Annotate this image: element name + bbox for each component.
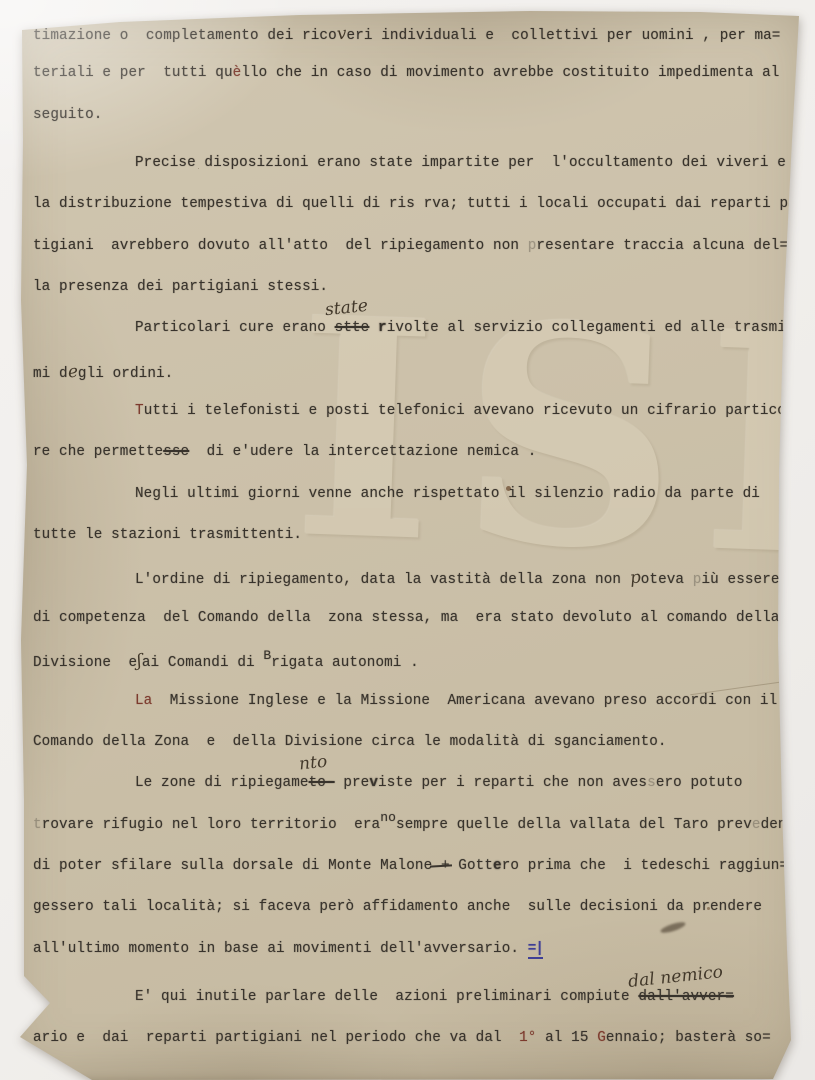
text-segment: La [135, 693, 152, 709]
text-segment: no [380, 810, 396, 825]
text-segment: all'ultimo momento in base ai movimenti … [33, 941, 528, 957]
typed-line: teriali e per tutti quèllo che in caso d… [33, 65, 795, 106]
typed-line: Tutti i telefonisti e posti telefonici a… [33, 403, 795, 444]
text-segment: rovare rifugio nel loro territorio era [42, 817, 381, 833]
text-segment: stte [335, 320, 370, 336]
text-segment: di competenza del Comando della zona ste… [33, 610, 779, 626]
text-segment: s [647, 775, 656, 791]
typed-line: Precise disposizioni erano state imparti… [33, 155, 795, 196]
text-segment: di poter sfilare sulla dorsale di Monte … [33, 858, 441, 874]
text-segment: re che permette [33, 444, 163, 460]
text-segment: t [33, 817, 42, 833]
typed-line: Le zone di ripiegamentoto- previste per … [33, 775, 795, 816]
text-segment: G [597, 1030, 606, 1046]
typed-line: La Missione Inglese e la Missione Americ… [33, 693, 795, 734]
paper-sheet: ISR timazione o completamento dei ricove… [0, 0, 815, 1080]
text-segment: la distribuzione tempestiva di quelli di… [33, 196, 805, 212]
text-segment: Divisione e [33, 655, 137, 671]
typed-line: la presenza dei partigiani stessi. [33, 279, 795, 320]
typed-line: Particolari cure erano statestte rivolte… [33, 320, 795, 361]
text-segment: =| [528, 941, 543, 959]
text-segment: llo che in caso di movimento avrebbe cos… [241, 65, 779, 81]
text-segment: la presenza dei partigiani stessi. [33, 279, 328, 295]
text-segment: e [493, 858, 502, 874]
text-segment: teriali e per tutti qu [33, 65, 233, 81]
typed-line: L'ordine di ripiegamento, data la vastit… [33, 568, 795, 609]
text-segment [369, 320, 378, 336]
typed-line: trovare rifugio nel loro territorio eran… [33, 817, 795, 858]
text-segment: L'ordine di ripiegamento, data la vastit… [135, 572, 630, 588]
text-segment: eri individuali e collettivi per uomini … [347, 28, 781, 44]
text-segment: ivolte al servizio collegamenti ed alle … [387, 320, 812, 336]
text-segment: di e'udere la intercettazione nemica . [189, 444, 536, 460]
handwritten-annotation: v [336, 24, 348, 45]
text-segment: Comando della Zona e della Divisione cir… [33, 734, 667, 750]
typed-line: la distribuzione tempestiva di quelli di… [33, 196, 795, 237]
typed-line: di competenza del Comando della zona ste… [33, 610, 795, 651]
text-segment: timazione o completamento dei rico [33, 28, 337, 44]
typed-line: tutte le stazioni trasmittenti. [33, 527, 795, 568]
text-segment: Particolari cure erano [135, 320, 335, 336]
text-segment: gessero tali località; si faceva però af… [33, 899, 762, 915]
text-segment: Gott [450, 858, 493, 874]
text-segment: iù essere [701, 572, 779, 588]
typed-line: Divisione eʃai Comandi di Brigata autono… [33, 651, 795, 692]
text-segment: seguito. [33, 107, 102, 123]
typed-line: re che permettesse di e'udere la interce… [33, 444, 795, 485]
typed-line: E' qui inutile parlare delle azioni prel… [33, 989, 795, 1030]
typed-line: gessero tali località; si faceva però af… [33, 899, 795, 940]
text-segment: v [369, 775, 378, 791]
text-segment: gli ordini. [78, 366, 173, 382]
text-segment: pre [335, 775, 370, 791]
text-segment: + [441, 858, 450, 874]
text-segment: iste per i reparti che non aves [378, 775, 647, 791]
text-segment: ennaio; basterà so= [606, 1030, 771, 1046]
typed-line: di poter sfilare sulla dorsale di Monte … [33, 858, 795, 899]
text-segment: e [752, 817, 761, 833]
text-segment: p [693, 572, 702, 588]
text-segment: ario e dai reparti partigiani nel period… [33, 1030, 519, 1046]
text-segment: tigiani avrebbero dovuto all'atto del ri… [33, 238, 528, 254]
text-segment: E' qui inutile parlare delle azioni prel… [135, 989, 638, 1005]
typed-line: Comando della Zona e della Divisione cir… [33, 734, 795, 775]
text-segment: rigata autonomi . [271, 655, 419, 671]
text-segment: Le zone di ripiegame [135, 775, 309, 791]
typed-line: Negli ultimi giorni venne anche rispetta… [33, 486, 795, 527]
text-segment: B [263, 648, 271, 663]
typed-line: tigiani avrebbero dovuto all'atto del ri… [33, 238, 795, 279]
text-segment: ai Comandi di [142, 655, 264, 671]
typed-line: mi degli ordini. [33, 362, 795, 403]
text-segment: ero potuto [656, 775, 743, 791]
typed-line: timazione o completamento dei ricoveri i… [33, 24, 795, 65]
text-segment: utti i telefonisti e posti telefonici av… [144, 403, 812, 419]
text-segment: ro prima che i tedeschi raggiun= [502, 858, 788, 874]
paper-surface: ISR timazione o completamento dei ricove… [0, 0, 815, 1080]
text-segment: 1° [519, 1030, 536, 1046]
scan-background: ISR timazione o completamento dei ricove… [0, 0, 815, 1080]
handwritten-annotation: nto [298, 752, 328, 775]
handwritten-annotation: e [67, 361, 79, 382]
text-segment: al 15 [536, 1030, 597, 1046]
text-segment: tutte le stazioni trasmittenti. [33, 527, 302, 543]
text-segment: oteva [641, 572, 693, 588]
text-segment: T [135, 403, 144, 419]
text-segment: Missione Inglese e la Missione Americana… [152, 693, 777, 709]
text-segment: dall'avver= [638, 989, 733, 1005]
text-segment: r [378, 320, 387, 336]
typed-line: seguito. [33, 107, 795, 148]
text-segment: p [528, 238, 537, 254]
text-segment: dendosi [761, 817, 815, 833]
text-segment: mi d [33, 366, 68, 382]
text-segment: sse [163, 444, 189, 460]
text-segment: Negli ultimi giorni venne anche rispetta… [135, 486, 760, 502]
text-segment: resentare traccia alcuna del= [536, 238, 788, 254]
handwritten-annotation: p [629, 568, 642, 589]
typed-line: ario e dai reparti partigiani nel period… [33, 1030, 795, 1071]
text-segment: sempre quelle della vallata del Taro pre… [396, 817, 752, 833]
text-segment: Precise disposizioni erano state imparti… [135, 155, 815, 171]
typed-text: timazione o completamento dei ricoveri i… [33, 24, 795, 1072]
text-segment: to- [309, 775, 335, 791]
